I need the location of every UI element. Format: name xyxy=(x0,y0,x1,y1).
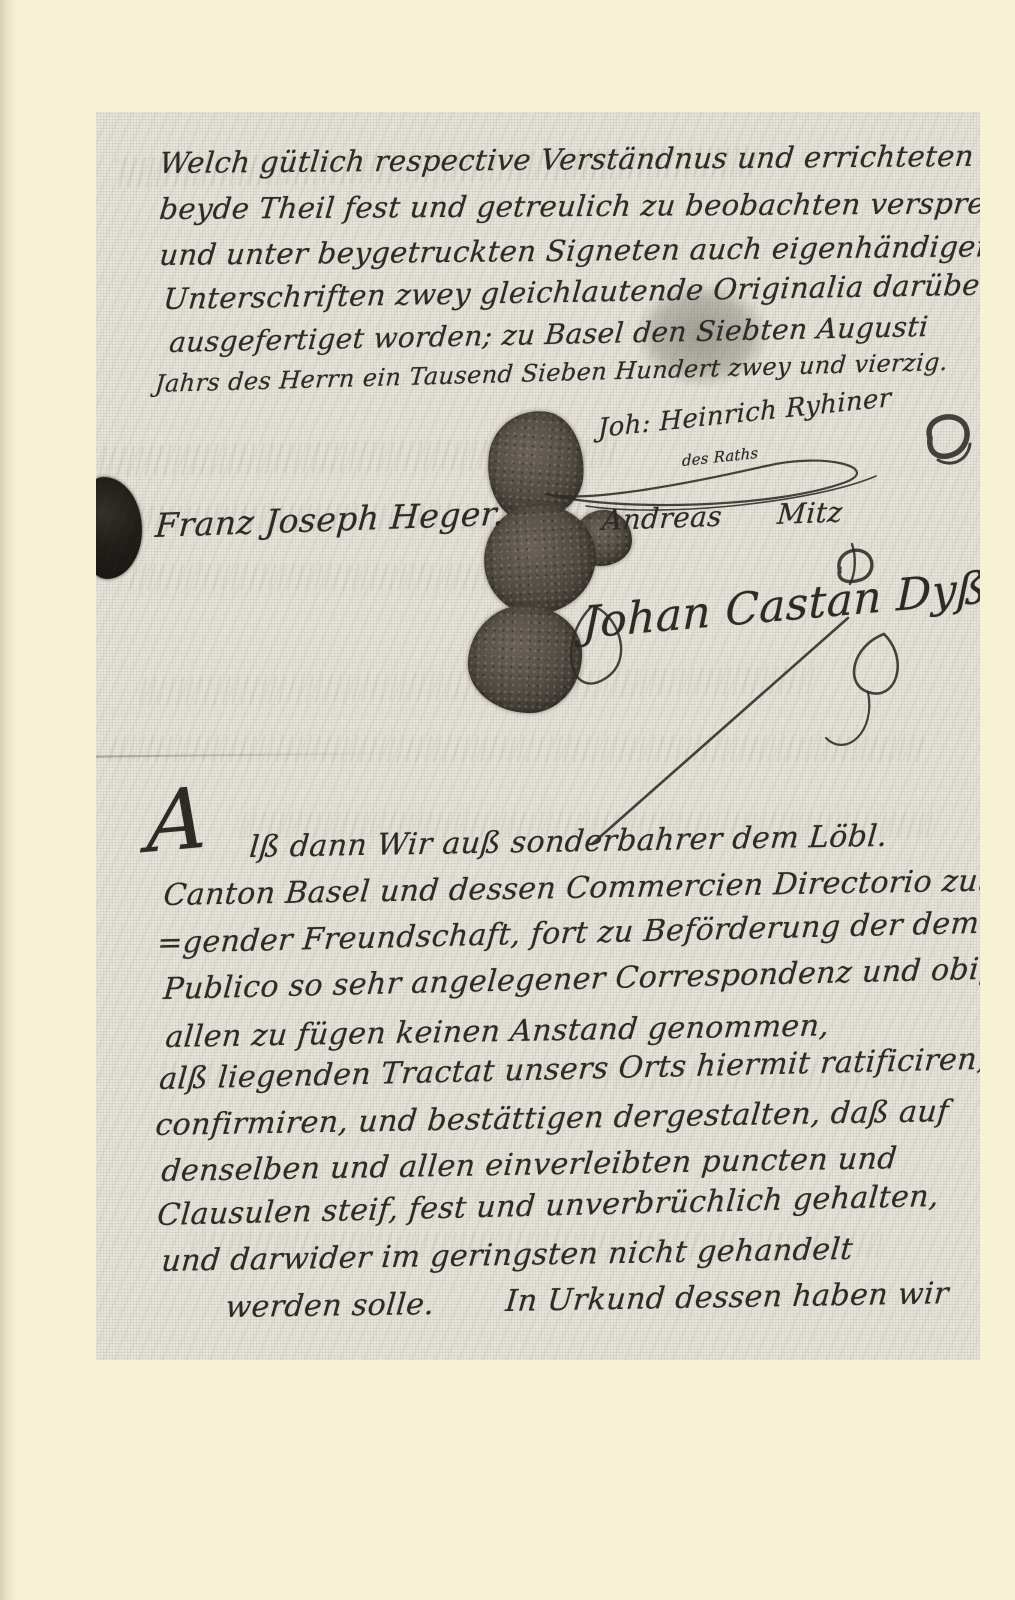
manuscript-line: =gender Freundschaft, fort zu Beförderun… xyxy=(156,906,980,961)
book-page: Welch gütlich respective Verständnus und… xyxy=(0,0,1015,1600)
manuscript-line: confirmiren, und bestättigen dergestalte… xyxy=(154,1094,950,1143)
signature-right-third: Johan Castan Dyß. xyxy=(582,561,980,649)
signature-right-first-title: des Raths xyxy=(682,444,758,470)
manuscript-line: und darwider im geringsten nicht gehande… xyxy=(160,1232,854,1279)
manuscript-line: Unterschriften zwey gleichlautende Origi… xyxy=(162,267,980,316)
manuscript-closing-right: In Urkund dessen haben wir xyxy=(504,1276,950,1319)
paper-crease xyxy=(96,752,396,757)
signature-right-second: Andreas Mitz xyxy=(601,496,844,537)
signature-paraph-knot xyxy=(918,408,978,474)
manuscript-line: lß dann Wir auß sonderbahrer dem Löbl. xyxy=(248,819,889,865)
page-gutter-shadow xyxy=(0,0,16,1600)
manuscript-line: Canton Basel und dessen Commercien Direc… xyxy=(162,863,980,913)
manuscript-line: Publico so sehr angelegener Corresponden… xyxy=(162,951,980,1007)
manuscript-line: beyde Theil fest und getreulich zu beoba… xyxy=(158,186,980,226)
bleedthrough-row xyxy=(126,564,546,590)
manuscript-line: und unter beygetruckten Signeten auch ei… xyxy=(158,229,980,272)
signature-left: Franz Joseph Heger. xyxy=(154,494,506,545)
manuscript-photo: Welch gütlich respective Verständnus und… xyxy=(96,112,980,1360)
manuscript-closing-left: werden solle. xyxy=(224,1287,436,1325)
wax-seal-left-margin xyxy=(96,477,142,579)
bleedthrough-row xyxy=(106,736,926,762)
manuscript-line: Welch gütlich respective Verständnus und… xyxy=(158,138,980,180)
paragraph2-initial: A xyxy=(146,768,209,872)
wax-seal-bottom xyxy=(466,603,584,715)
